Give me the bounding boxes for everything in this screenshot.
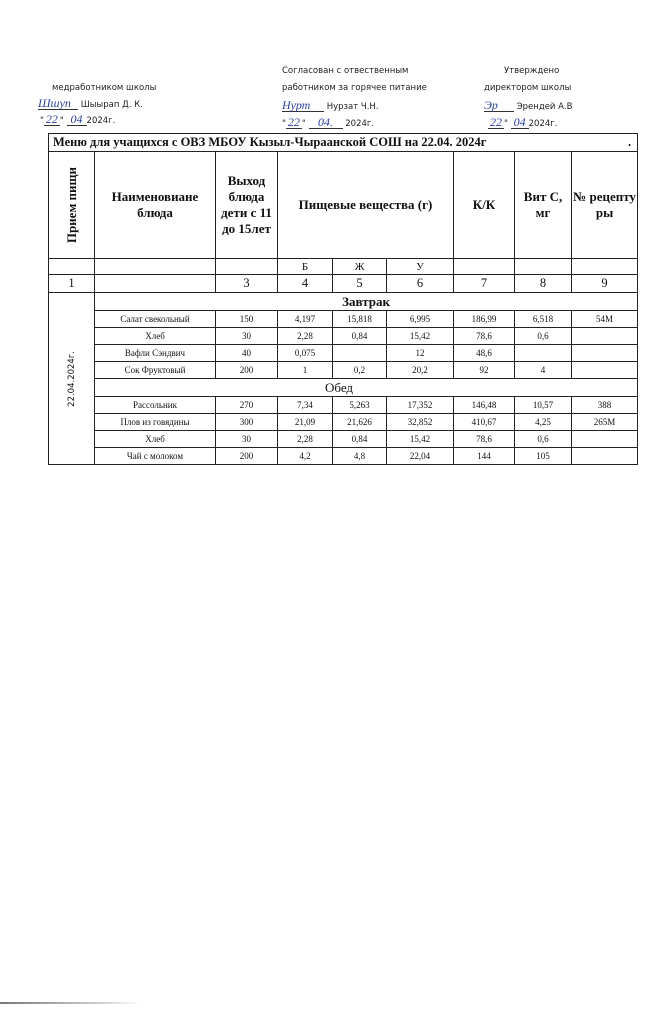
cell-recipe: 54М (572, 311, 638, 328)
menu-table: Меню для учащихся с ОВЗ МБОУ Кызыл-Чыраа… (48, 133, 638, 465)
section-title: Обед (95, 379, 638, 397)
cell-name: Хлеб (95, 328, 216, 345)
approval-medical-role: медработником школы (52, 84, 156, 93)
cell-name: Салат свекольный (95, 311, 216, 328)
cell-zh: 5,263 (333, 397, 387, 414)
cell-recipe (572, 448, 638, 465)
table-row: Сок Фруктовый20010,220,2924 (49, 362, 638, 379)
subheader-fat: Ж (333, 259, 387, 275)
table-row: Плов из говядины30021,0921,62632,852410,… (49, 414, 638, 431)
table-row: Хлеб302,280,8415,4278,60,6 (49, 328, 638, 345)
cell-u: 15,42 (387, 328, 454, 345)
cell-kk: 144 (454, 448, 515, 465)
cell-name: Хлеб (95, 431, 216, 448)
cell-yield: 200 (216, 362, 278, 379)
cell-recipe (572, 362, 638, 379)
approval-catering-name: Нурзат Ч.Н. (327, 102, 379, 112)
cell-recipe (572, 345, 638, 362)
menu-title: Меню для учащихся с ОВЗ МБОУ Кызыл-Чыраа… (49, 134, 638, 152)
meal-date-cell: 22.04.2024г. (49, 293, 95, 465)
cell-u: 17,352 (387, 397, 454, 414)
cell-b: 4,197 (278, 311, 333, 328)
table-row: Вафли Сэндвич400,0751248,6 (49, 345, 638, 362)
table-row: Чай с молоком2004,24,822,04144105 (49, 448, 638, 465)
date-year-director: 2024г. (529, 119, 558, 129)
cell-b: 21,09 (278, 414, 333, 431)
approval-catering-line1: Согласован с отвественным (282, 67, 408, 76)
cell-zh (333, 345, 387, 362)
cell-zh: 15,818 (333, 311, 387, 328)
scan-artifact (0, 1002, 140, 1004)
header-recipe: № рецепту ры (572, 152, 638, 259)
cell-zh: 0,84 (333, 328, 387, 345)
cell-vitc: 0,6 (515, 431, 572, 448)
cell-recipe (572, 431, 638, 448)
header-dish: Наименовиане блюда (95, 152, 216, 259)
cell-name: Вафли Сэндвич (95, 345, 216, 362)
cell-yield: 150 (216, 311, 278, 328)
date-month-catering: 04. (309, 116, 343, 129)
cell-kk: 92 (454, 362, 515, 379)
signature-medical: Шшуп (38, 97, 78, 110)
cell-zh: 4,8 (333, 448, 387, 465)
header-nutrients: Пищевые вещества (г) (278, 152, 454, 259)
cell-yield: 270 (216, 397, 278, 414)
cell-yield: 30 (216, 328, 278, 345)
cell-recipe: 265М (572, 414, 638, 431)
column-number-row: 1 3 4 5 6 7 8 9 (49, 275, 638, 293)
cell-zh: 0,2 (333, 362, 387, 379)
cell-u: 12 (387, 345, 454, 362)
cell-yield: 40 (216, 345, 278, 362)
approval-director-line2: директором школы (484, 84, 571, 93)
date-year-medical: 2024г. (87, 116, 116, 126)
date-day-catering: 22 (286, 116, 302, 129)
subheader-protein: Б (278, 259, 333, 275)
cell-u: 22,04 (387, 448, 454, 465)
cell-u: 20,2 (387, 362, 454, 379)
signature-director: Эр (484, 99, 514, 112)
subheader-carbs: У (387, 259, 454, 275)
cell-b: 0,075 (278, 345, 333, 362)
cell-u: 15,42 (387, 431, 454, 448)
cell-vitc: 6,518 (515, 311, 572, 328)
cell-recipe (572, 328, 638, 345)
date-month-director: 04 (511, 116, 529, 129)
approval-medical-name: Шыырап Д. К. (81, 100, 143, 110)
table-row: Салат свекольный1504,19715,8186,995186,9… (49, 311, 638, 328)
cell-b: 2,28 (278, 328, 333, 345)
cell-kk: 410,67 (454, 414, 515, 431)
header-kk: К/К (454, 152, 515, 259)
cell-kk: 78,6 (454, 328, 515, 345)
cell-vitc (515, 345, 572, 362)
cell-vitc: 4,25 (515, 414, 572, 431)
cell-b: 2,28 (278, 431, 333, 448)
cell-name: Чай с молоком (95, 448, 216, 465)
cell-kk: 78,6 (454, 431, 515, 448)
cell-recipe: 388 (572, 397, 638, 414)
cell-name: Плов из говядины (95, 414, 216, 431)
cell-yield: 30 (216, 431, 278, 448)
cell-b: 4,2 (278, 448, 333, 465)
cell-kk: 48,6 (454, 345, 515, 362)
date-day-medical: 22 (44, 113, 60, 126)
cell-name: Рассольник (95, 397, 216, 414)
cell-u: 32,852 (387, 414, 454, 431)
date-day-director: 22 (488, 116, 504, 129)
section-title: Завтрак (95, 293, 638, 311)
cell-yield: 200 (216, 448, 278, 465)
cell-b: 7,34 (278, 397, 333, 414)
cell-u: 6,995 (387, 311, 454, 328)
signature-catering: Нурт (282, 99, 324, 112)
header-meal: Прием пищи (49, 152, 95, 259)
cell-zh: 0,84 (333, 431, 387, 448)
cell-yield: 300 (216, 414, 278, 431)
date-year-catering: 2024г. (345, 119, 374, 129)
cell-b: 1 (278, 362, 333, 379)
table-row: Рассольник2707,345,26317,352146,4810,573… (49, 397, 638, 414)
date-month-medical: 04 (67, 113, 87, 126)
cell-kk: 146,48 (454, 397, 515, 414)
approval-director-line1: Утверждено (504, 67, 559, 76)
cell-name: Сок Фруктовый (95, 362, 216, 379)
cell-vitc: 105 (515, 448, 572, 465)
cell-kk: 186,99 (454, 311, 515, 328)
cell-vitc: 0,6 (515, 328, 572, 345)
approval-director-name: Эрендей А.В (517, 102, 573, 112)
table-row: Хлеб302,280,8415,4278,60,6 (49, 431, 638, 448)
approval-catering-line2: работником за горячее питание (282, 84, 427, 93)
cell-vitc: 10,57 (515, 397, 572, 414)
header-yield: Выход блюда дети с 11 до 15лет (216, 152, 278, 259)
cell-zh: 21,626 (333, 414, 387, 431)
header-vitc: Вит С, мг (515, 152, 572, 259)
cell-vitc: 4 (515, 362, 572, 379)
